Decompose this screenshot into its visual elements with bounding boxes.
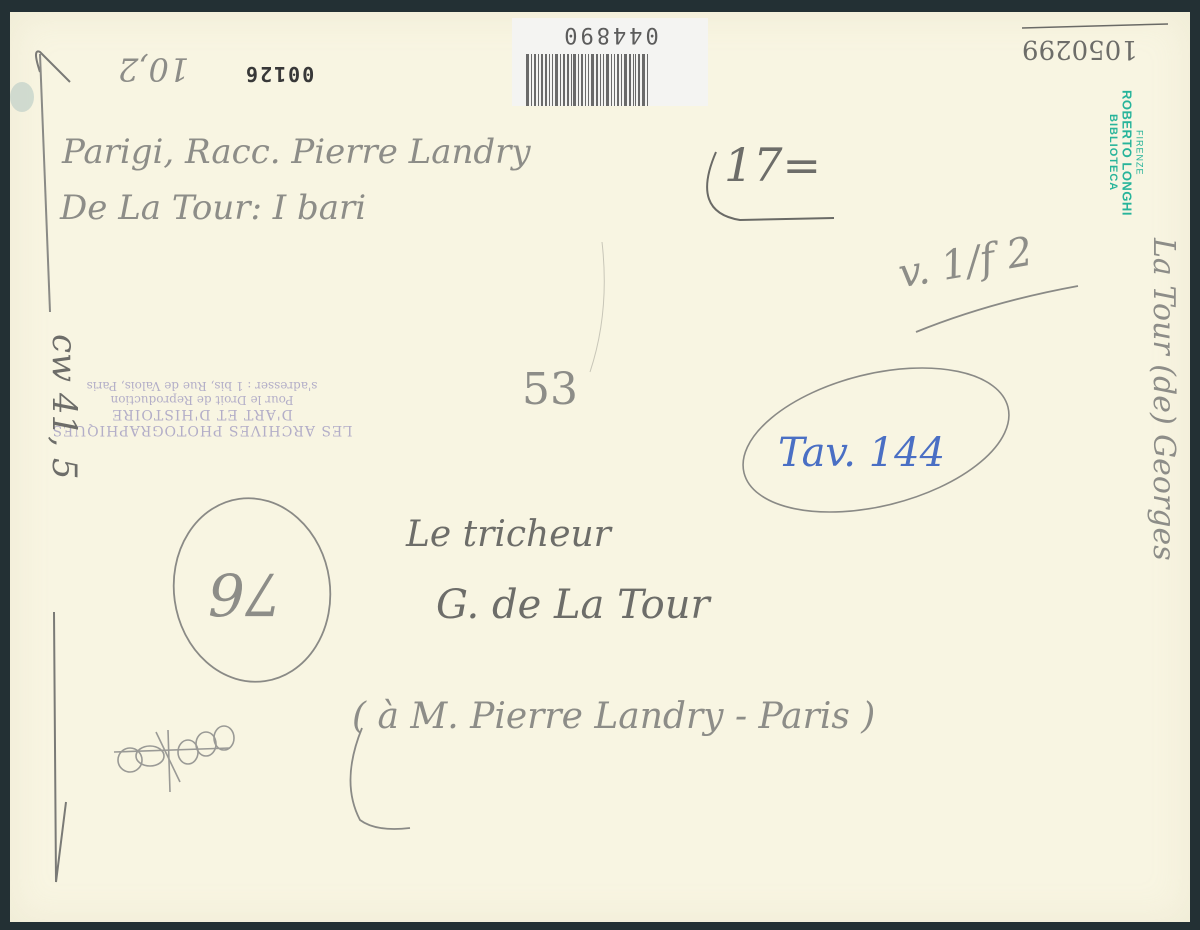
number-ellipse xyxy=(162,488,342,692)
pencil-left-line-top xyxy=(40,54,50,312)
price-bracket xyxy=(707,152,834,220)
photo-verso-card: 044890 00126 10,2 1050299 FIRENZE ROBERT… xyxy=(10,12,1190,922)
inventory-underline xyxy=(1022,24,1168,28)
faint-stroke xyxy=(590,242,604,372)
volume-underline xyxy=(916,286,1078,332)
pencil-strokes xyxy=(10,12,1190,922)
plate-ellipse xyxy=(728,343,1024,537)
parenthesis-stroke xyxy=(350,728,410,829)
scribble-mark xyxy=(114,726,234,792)
pencil-left-line-bottom xyxy=(54,612,66,882)
